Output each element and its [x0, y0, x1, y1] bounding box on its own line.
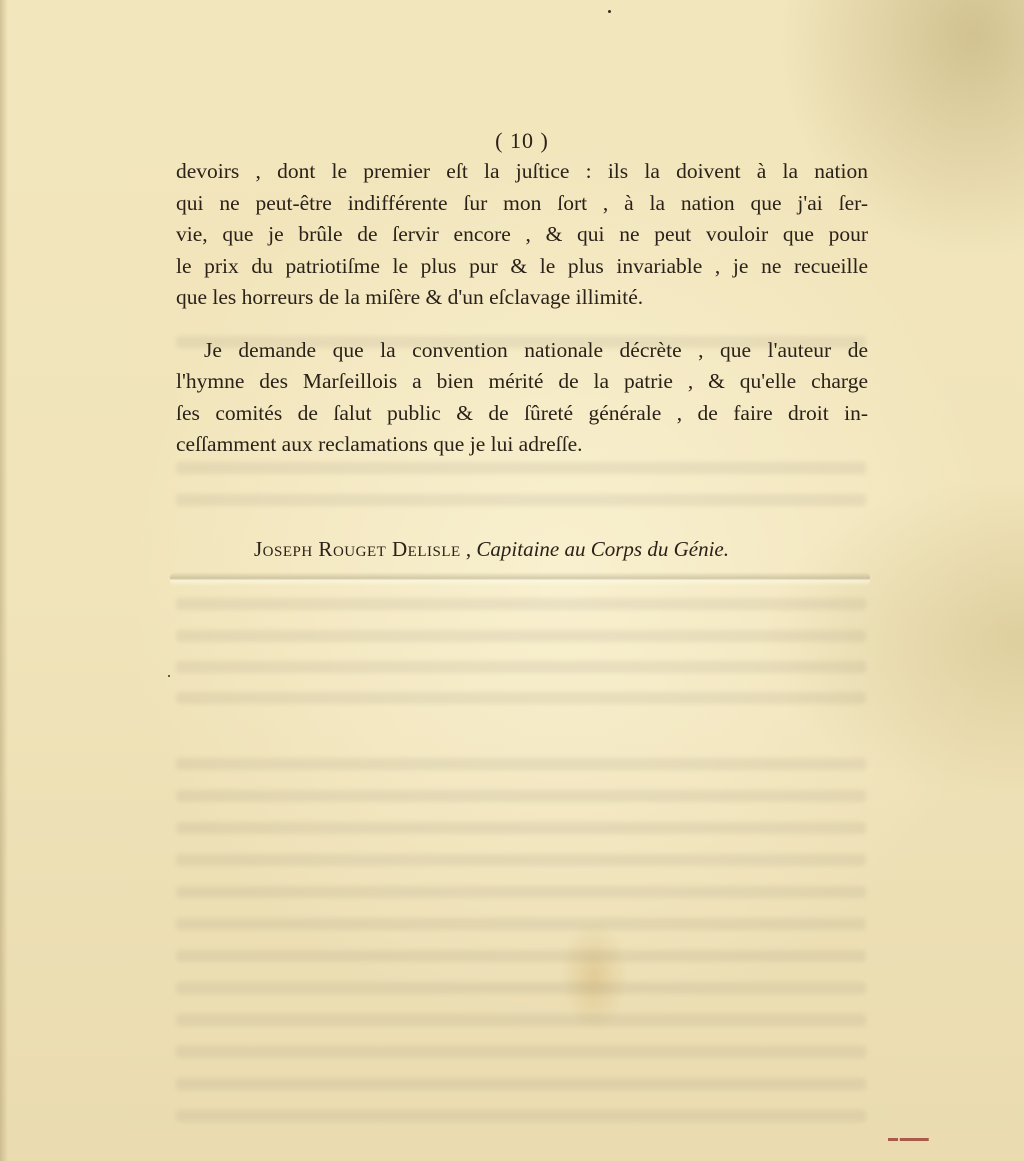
- text-line: Je demande que la convention nationale d…: [176, 335, 868, 367]
- bleed-through-line: [176, 598, 866, 610]
- page-number: ( 10 ): [176, 126, 868, 156]
- ink-speck: [608, 10, 611, 13]
- signature: Joseph Rouget Delisle , Capitaine au Cor…: [254, 534, 874, 564]
- bleed-through-line: [176, 982, 866, 994]
- bleed-through-line: [176, 661, 866, 673]
- ink-speck: [168, 675, 170, 677]
- bleed-through-line: [176, 692, 866, 704]
- bleed-through-line: [176, 950, 866, 962]
- bleed-through-line: [176, 1078, 866, 1090]
- bleed-through-line: [176, 630, 866, 642]
- bleed-through-line: [176, 494, 866, 506]
- text-line: le prix du patriotiſme le plus pur & le …: [176, 251, 868, 283]
- text-line: que les horreurs de la miſère & d'un eſc…: [176, 282, 868, 314]
- signature-title: Capitaine au Corps du Génie.: [476, 537, 729, 561]
- bleed-through-line: [176, 918, 866, 930]
- bleed-through-line: [176, 790, 866, 802]
- document-page: ( 10 ) devoirs , dont le premier eſt la …: [0, 0, 1024, 1161]
- text-line: ceſſamment aux reclamations que je lui a…: [176, 429, 868, 461]
- text-line: l'hymne des Marſeillois a bien mérité de…: [176, 366, 868, 398]
- text-line: ſes comités de ſalut public & de ſûreté …: [176, 398, 868, 430]
- page-edge-shadow: [0, 0, 8, 1161]
- bleed-through-line: [176, 886, 866, 898]
- bleed-through-line: [176, 1046, 866, 1058]
- library-stamp: ▬ ▬▬▬: [888, 1133, 928, 1144]
- text-line: devoirs , dont le premier eſt la juſtice…: [176, 156, 868, 188]
- bleed-through-line: [176, 822, 866, 834]
- bleed-through-line: [176, 1110, 866, 1122]
- text-line: vie, que je brûle de ſervir encore , & q…: [176, 219, 868, 251]
- body-text: ( 10 ) devoirs , dont le premier eſt la …: [176, 126, 868, 461]
- bleed-through-line: [176, 462, 866, 474]
- paper-fold-crease: [170, 572, 870, 586]
- bleed-through-line: [176, 1014, 866, 1026]
- signature-separator: ,: [461, 537, 477, 561]
- bleed-through-line: [176, 854, 866, 866]
- paragraph-1: devoirs , dont le premier eſt la juſtice…: [176, 156, 868, 314]
- signature-name: Joseph Rouget Delisle: [254, 537, 461, 561]
- text-line: qui ne peut-être indifférente ſur mon ſo…: [176, 188, 868, 220]
- paragraph-2: Je demande que la convention nationale d…: [176, 335, 868, 461]
- bleed-through-line: [176, 758, 866, 770]
